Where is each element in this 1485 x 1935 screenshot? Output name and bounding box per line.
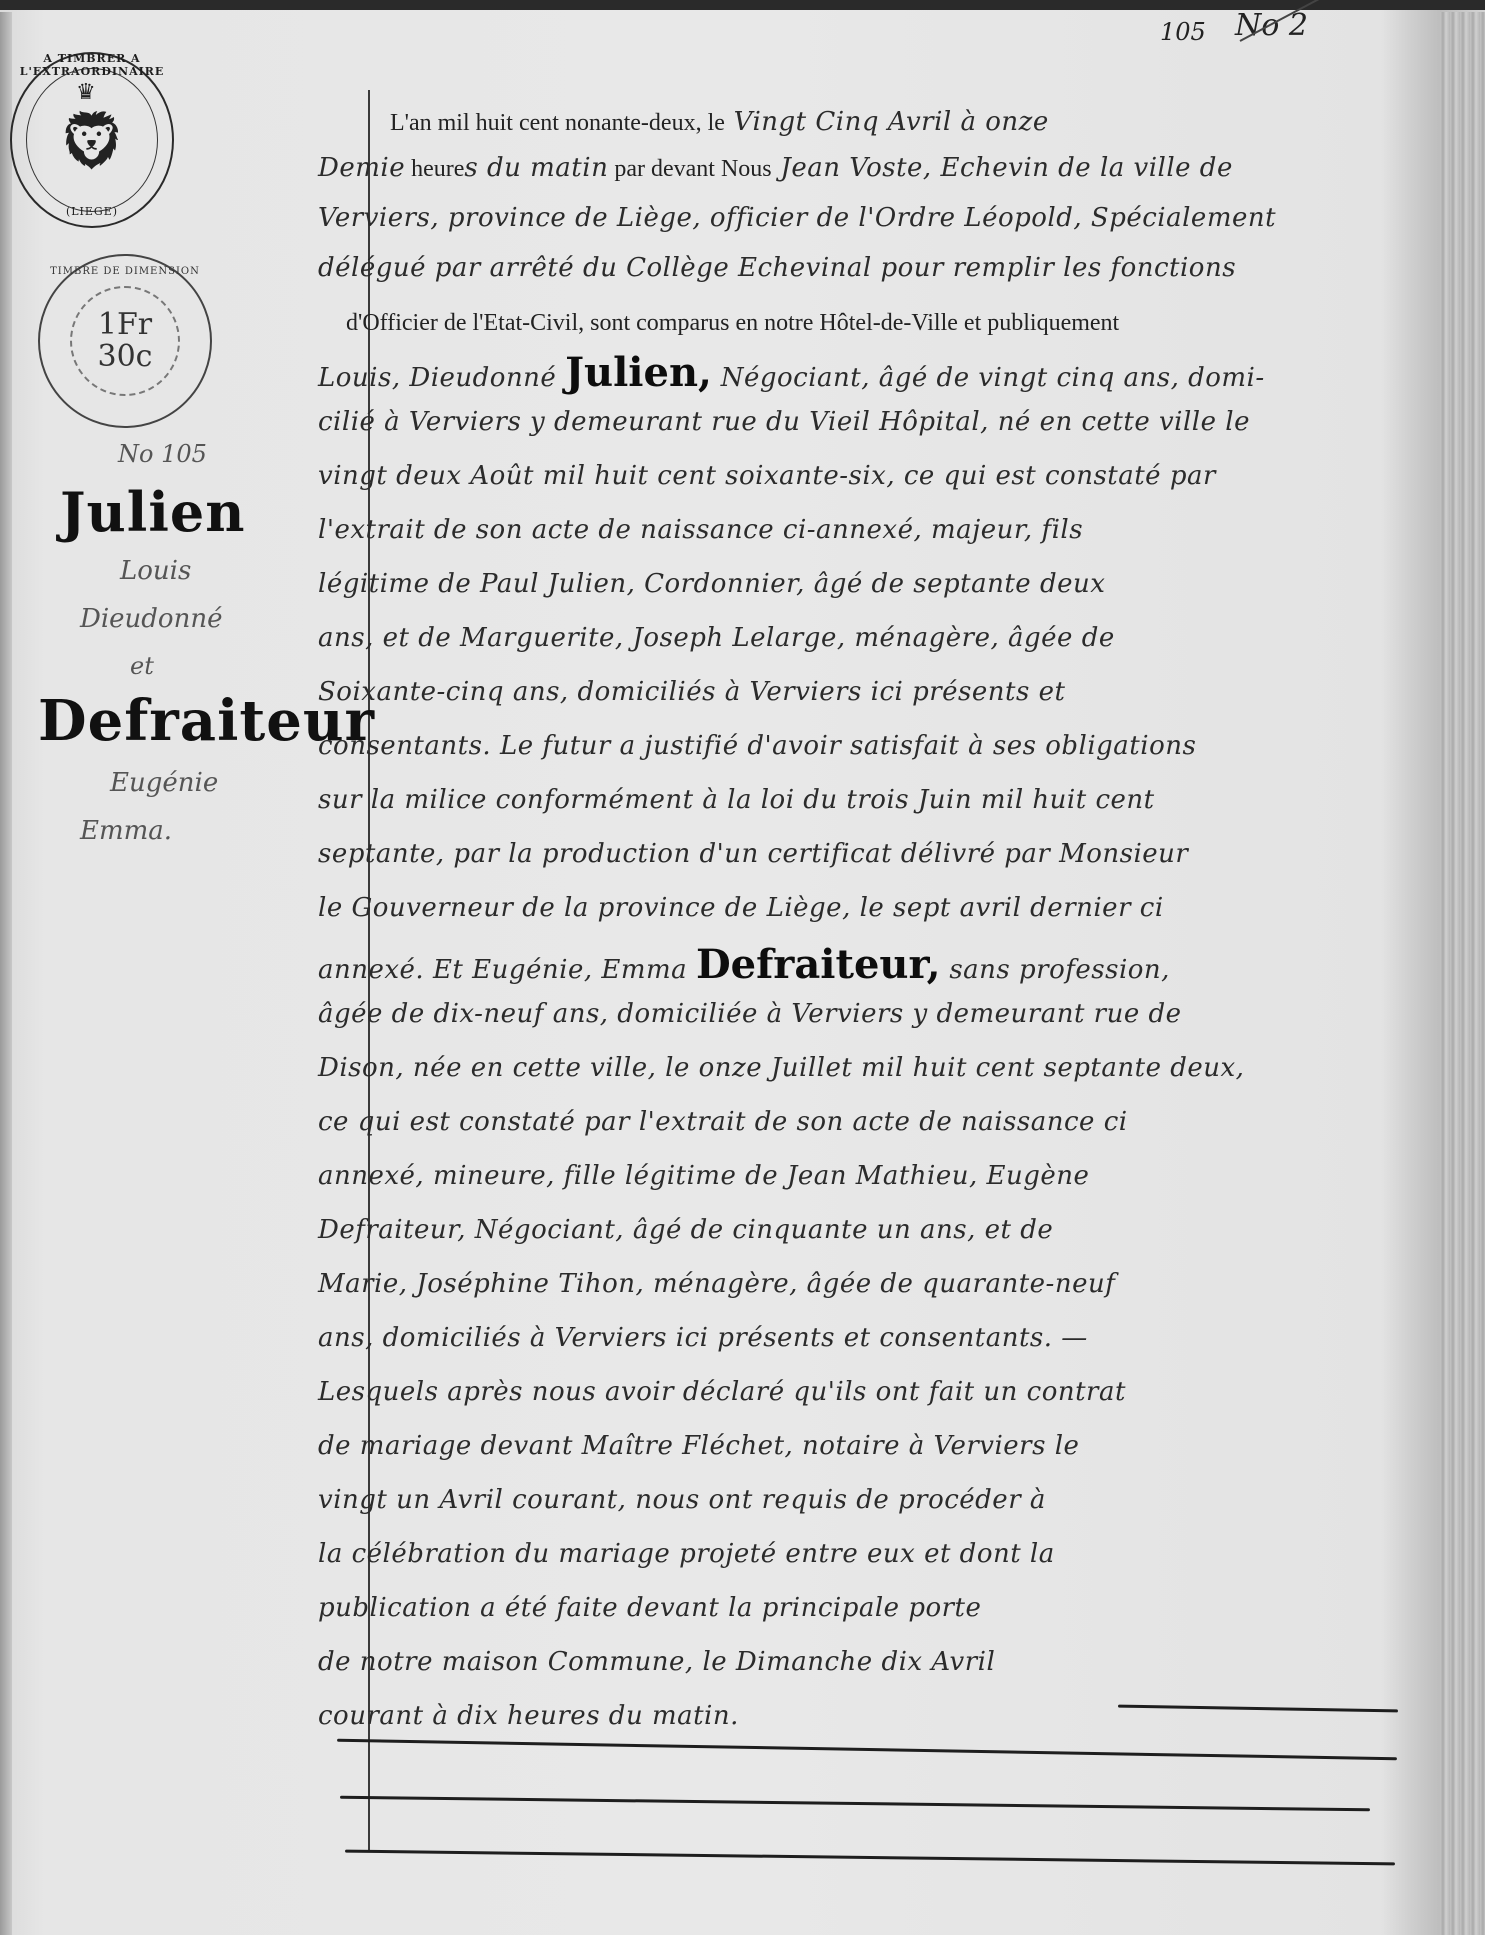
body-line-22: Defraiteur, Négociant, âgé de cinquante … xyxy=(318,1215,1053,1245)
bride-name-inline: Defraiteur, xyxy=(696,941,941,988)
body-line-25: Lesquels après nous avoir déclaré qu'ils… xyxy=(318,1377,1126,1407)
body-line-23: Marie, Joséphine Tihon, ménagère, âgée d… xyxy=(318,1269,1115,1299)
groom-name-inline: Julien, xyxy=(565,349,712,396)
page-stack-edge xyxy=(1440,12,1485,1935)
body-line-18: âgée de dix-neuf ans, domiciliée à Vervi… xyxy=(318,999,1182,1029)
body-line-4: délégué par arrêté du Collège Echevinal … xyxy=(318,253,1236,283)
groom-given-name-2: Dieudonné xyxy=(80,604,222,634)
crown-icon: ♛ xyxy=(76,80,96,105)
entry-number: No 105 xyxy=(118,440,207,468)
body-line-16: le Gouverneur de la province de Liège, l… xyxy=(318,893,1164,923)
body-line-2: Demie heures du matin par devant Nous Je… xyxy=(318,153,1233,183)
stamp-value: 1Fr 30c xyxy=(98,309,153,373)
body-line-13: consentants. Le futur a justifié d'avoir… xyxy=(318,731,1196,761)
body-line-12: Soixante-cinq ans, domiciliés à Verviers… xyxy=(318,677,1065,707)
body-line-14: sur la milice conformément à la loi du t… xyxy=(318,785,1155,815)
stamp-ring-text: A TIMBRER A L'EXTRAORDINAIRE xyxy=(12,52,172,78)
body-line-31: courant à dix heures du matin. xyxy=(318,1701,739,1731)
page-number: 105 xyxy=(1160,18,1206,46)
dimension-stamp: TIMBRE DE DIMENSION 1Fr 30c xyxy=(38,254,212,428)
body-line-26: de mariage devant Maître Fléchet, notair… xyxy=(318,1431,1079,1461)
body-line-11: ans, et de Marguerite, Joseph Lelarge, m… xyxy=(318,623,1115,653)
body-line-7: cilié à Verviers y demeurant rue du Viei… xyxy=(318,407,1250,437)
groom-given-name-1: Louis xyxy=(120,556,191,586)
stamp-city: (LIEGE) xyxy=(12,205,172,218)
body-line-24: ans, domiciliés à Verviers ici présents … xyxy=(318,1323,1088,1353)
margin-conjunction: et xyxy=(130,652,154,680)
body-line-3: Verviers, province de Liège, officier de… xyxy=(318,203,1276,233)
body-line-20: ce qui est constaté par l'extrait de son… xyxy=(318,1107,1128,1137)
body-line-29: publication a été faite devant la princi… xyxy=(318,1593,981,1623)
body-line-6: Louis, Dieudonné Julien, Négociant, âgé … xyxy=(318,349,1265,396)
body-line-10: légitime de Paul Julien, Cordonnier, âgé… xyxy=(318,569,1105,599)
left-binding-edge xyxy=(0,12,12,1935)
body-line-27: vingt un Avril courant, nous ont requis … xyxy=(318,1485,1046,1515)
body-line-15: septante, par la production d'un certifi… xyxy=(318,839,1188,869)
body-line-17: annexé. Et Eugénie, Emma Defraiteur, san… xyxy=(318,941,1170,988)
body-line-5: d'Officier de l'Etat-Civil, sont comparu… xyxy=(346,307,1119,337)
stamp-ring-text: TIMBRE DE DIMENSION xyxy=(40,266,210,277)
groom-surname: Julien xyxy=(60,480,245,544)
body-line-8: vingt deux Août mil huit cent soixante-s… xyxy=(318,461,1216,491)
body-line-9: l'extrait de son acte de naissance ci-an… xyxy=(318,515,1083,545)
body-line-30: de notre maison Commune, le Dimanche dix… xyxy=(318,1647,995,1677)
body-line-28: la célébration du mariage projeté entre … xyxy=(318,1539,1055,1569)
extraordinary-stamp: A TIMBRER A L'EXTRAORDINAIRE ♛ 🦁︎ (LIEGE… xyxy=(10,52,174,228)
bride-given-name-1: Eugénie xyxy=(110,768,218,798)
body-line-19: Dison, née en cette ville, le onze Juill… xyxy=(318,1053,1244,1083)
bride-given-name-2: Emma. xyxy=(80,816,172,846)
body-line-1: L'an mil huit cent nonante-deux, le Ving… xyxy=(390,107,1049,137)
body-line-21: annexé, mineure, fille légitime de Jean … xyxy=(318,1161,1089,1191)
